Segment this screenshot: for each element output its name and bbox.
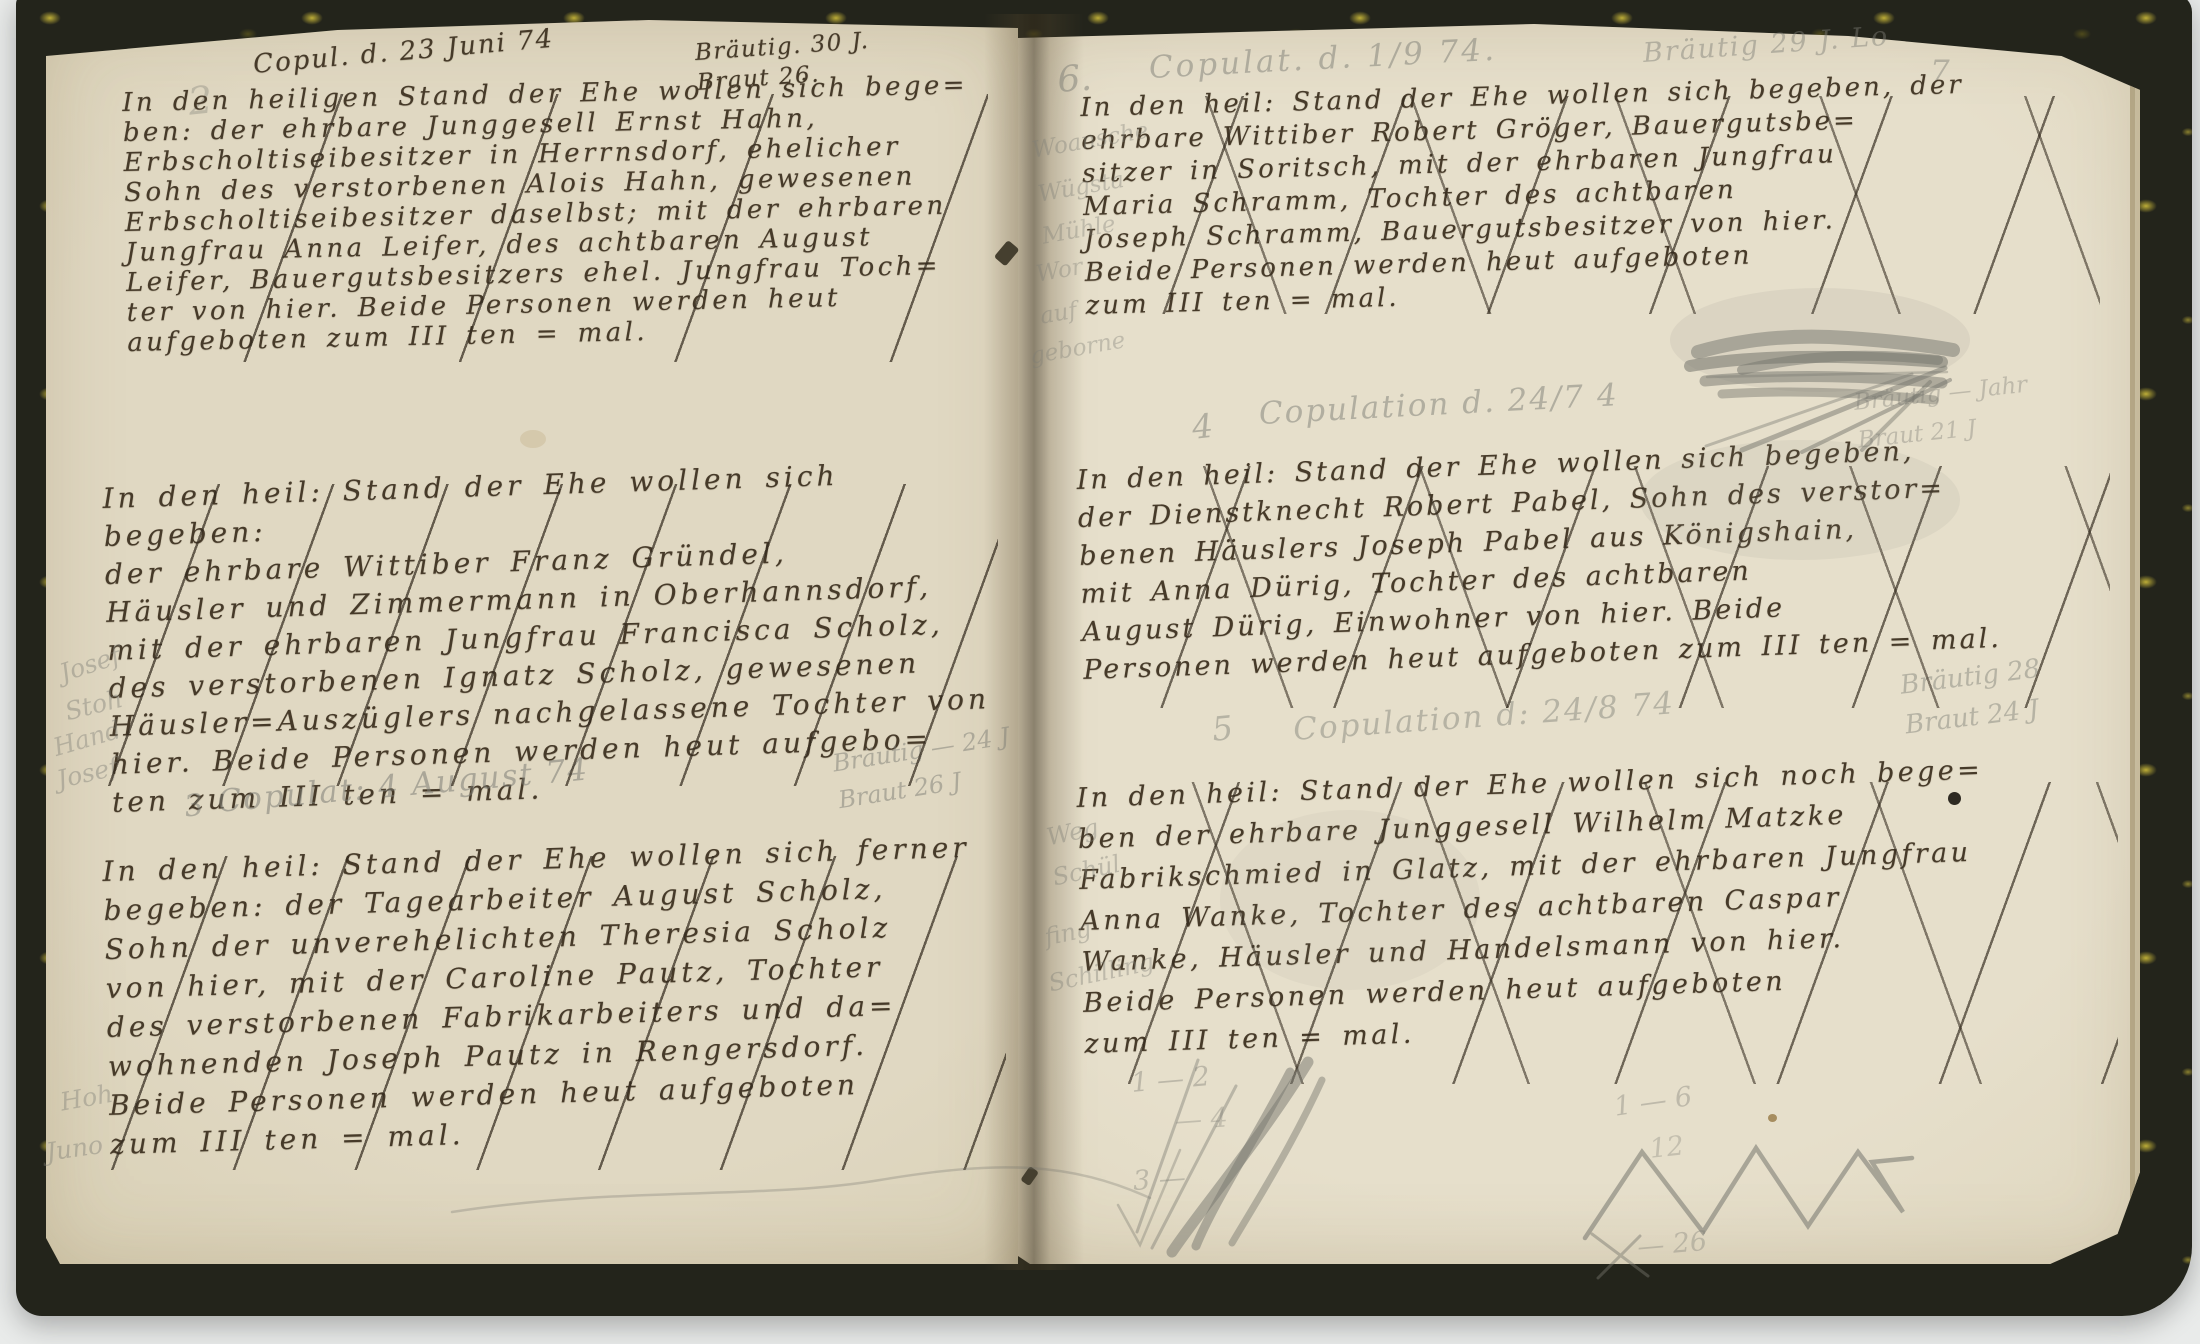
foxing-stain: [1768, 1114, 1777, 1122]
entry-number-pencil: 5: [1210, 708, 1235, 749]
ages-note-pencil: Bräutig 28 Braut 24 J: [1898, 649, 2047, 746]
tally-number-pencil: — 4: [1174, 1102, 1229, 1137]
foxing-stain: [520, 430, 546, 448]
tally-number-pencil: 3 —: [1132, 1162, 1187, 1197]
entry-number-pencil: 4: [1190, 406, 1215, 447]
banns-entry-right-3: In den heil: Stand der Ehe wollen sich n…: [1076, 745, 2129, 1065]
scanned-register-spread: 2 Copul. d. 23 Juni 74 Bräutig. 30 J. Br…: [0, 0, 2200, 1344]
tally-number-pencil: 12: [1648, 1130, 1685, 1164]
tally-number-pencil: — 26: [1636, 1226, 1708, 1263]
banns-entry-right-1: In den heil: Stand der Ehe wollen sich b…: [1080, 65, 2111, 323]
banns-entry-right-2: In den heil: Stand der Ehe wollen sich b…: [1076, 426, 2123, 690]
ink-dot: [1948, 792, 1961, 805]
banns-entry-left-1: In den heiligen Stand der Ehe wollen sic…: [122, 69, 1012, 357]
banns-entry-left-3: In den heil: Stand der Ehe wollen sich f…: [102, 827, 1010, 1164]
